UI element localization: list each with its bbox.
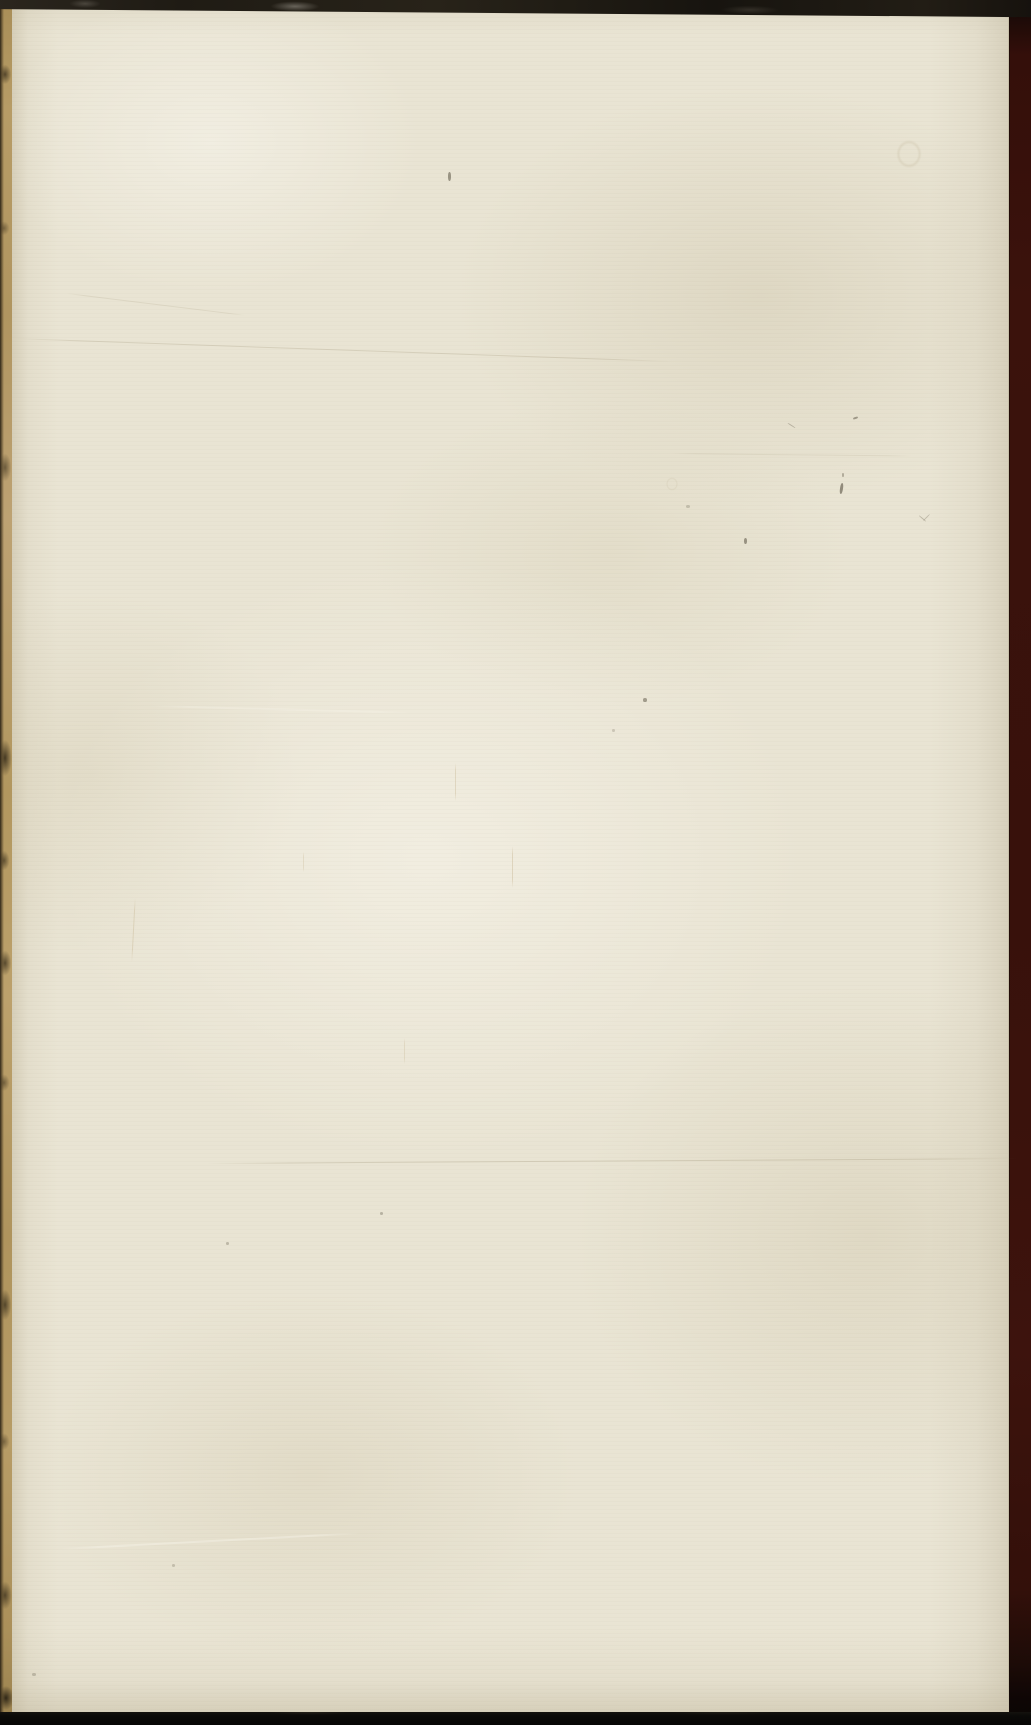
- paper-crease: [60, 1532, 360, 1550]
- paper-crease: [672, 453, 912, 457]
- paper-speck: [226, 1242, 229, 1245]
- paper-crease: [67, 293, 246, 316]
- paper-speck: [853, 416, 858, 420]
- paper-crease: [152, 705, 412, 714]
- paper-speck: [643, 698, 647, 702]
- paper-crease: [12, 338, 672, 362]
- paper-speck: [842, 473, 844, 477]
- paper-speck: [787, 423, 795, 429]
- paper-crease: [455, 763, 456, 801]
- book-scan: [0, 0, 1031, 1725]
- paper-speck: [839, 483, 844, 494]
- scan-bottom-edge: [0, 1712, 1031, 1725]
- paper-smudge: [664, 475, 680, 493]
- paper-speck: [923, 514, 930, 521]
- paper-speck: [448, 172, 451, 181]
- paper-speck: [32, 1673, 36, 1676]
- paper-speck: [172, 1564, 175, 1567]
- blank-book-page: [12, 5, 1009, 1714]
- paper-marks-layer: [12, 5, 1008, 1714]
- paper-speck: [612, 729, 615, 732]
- paper-speck: [686, 505, 690, 508]
- paper-crease: [303, 852, 304, 872]
- paper-crease: [207, 1158, 1017, 1164]
- paper-crease: [404, 1038, 405, 1064]
- paper-smudge: [892, 135, 926, 173]
- paper-speck: [744, 538, 747, 544]
- paper-speck: [380, 1212, 383, 1215]
- paper-crease: [131, 898, 135, 962]
- paper-crease: [512, 846, 513, 888]
